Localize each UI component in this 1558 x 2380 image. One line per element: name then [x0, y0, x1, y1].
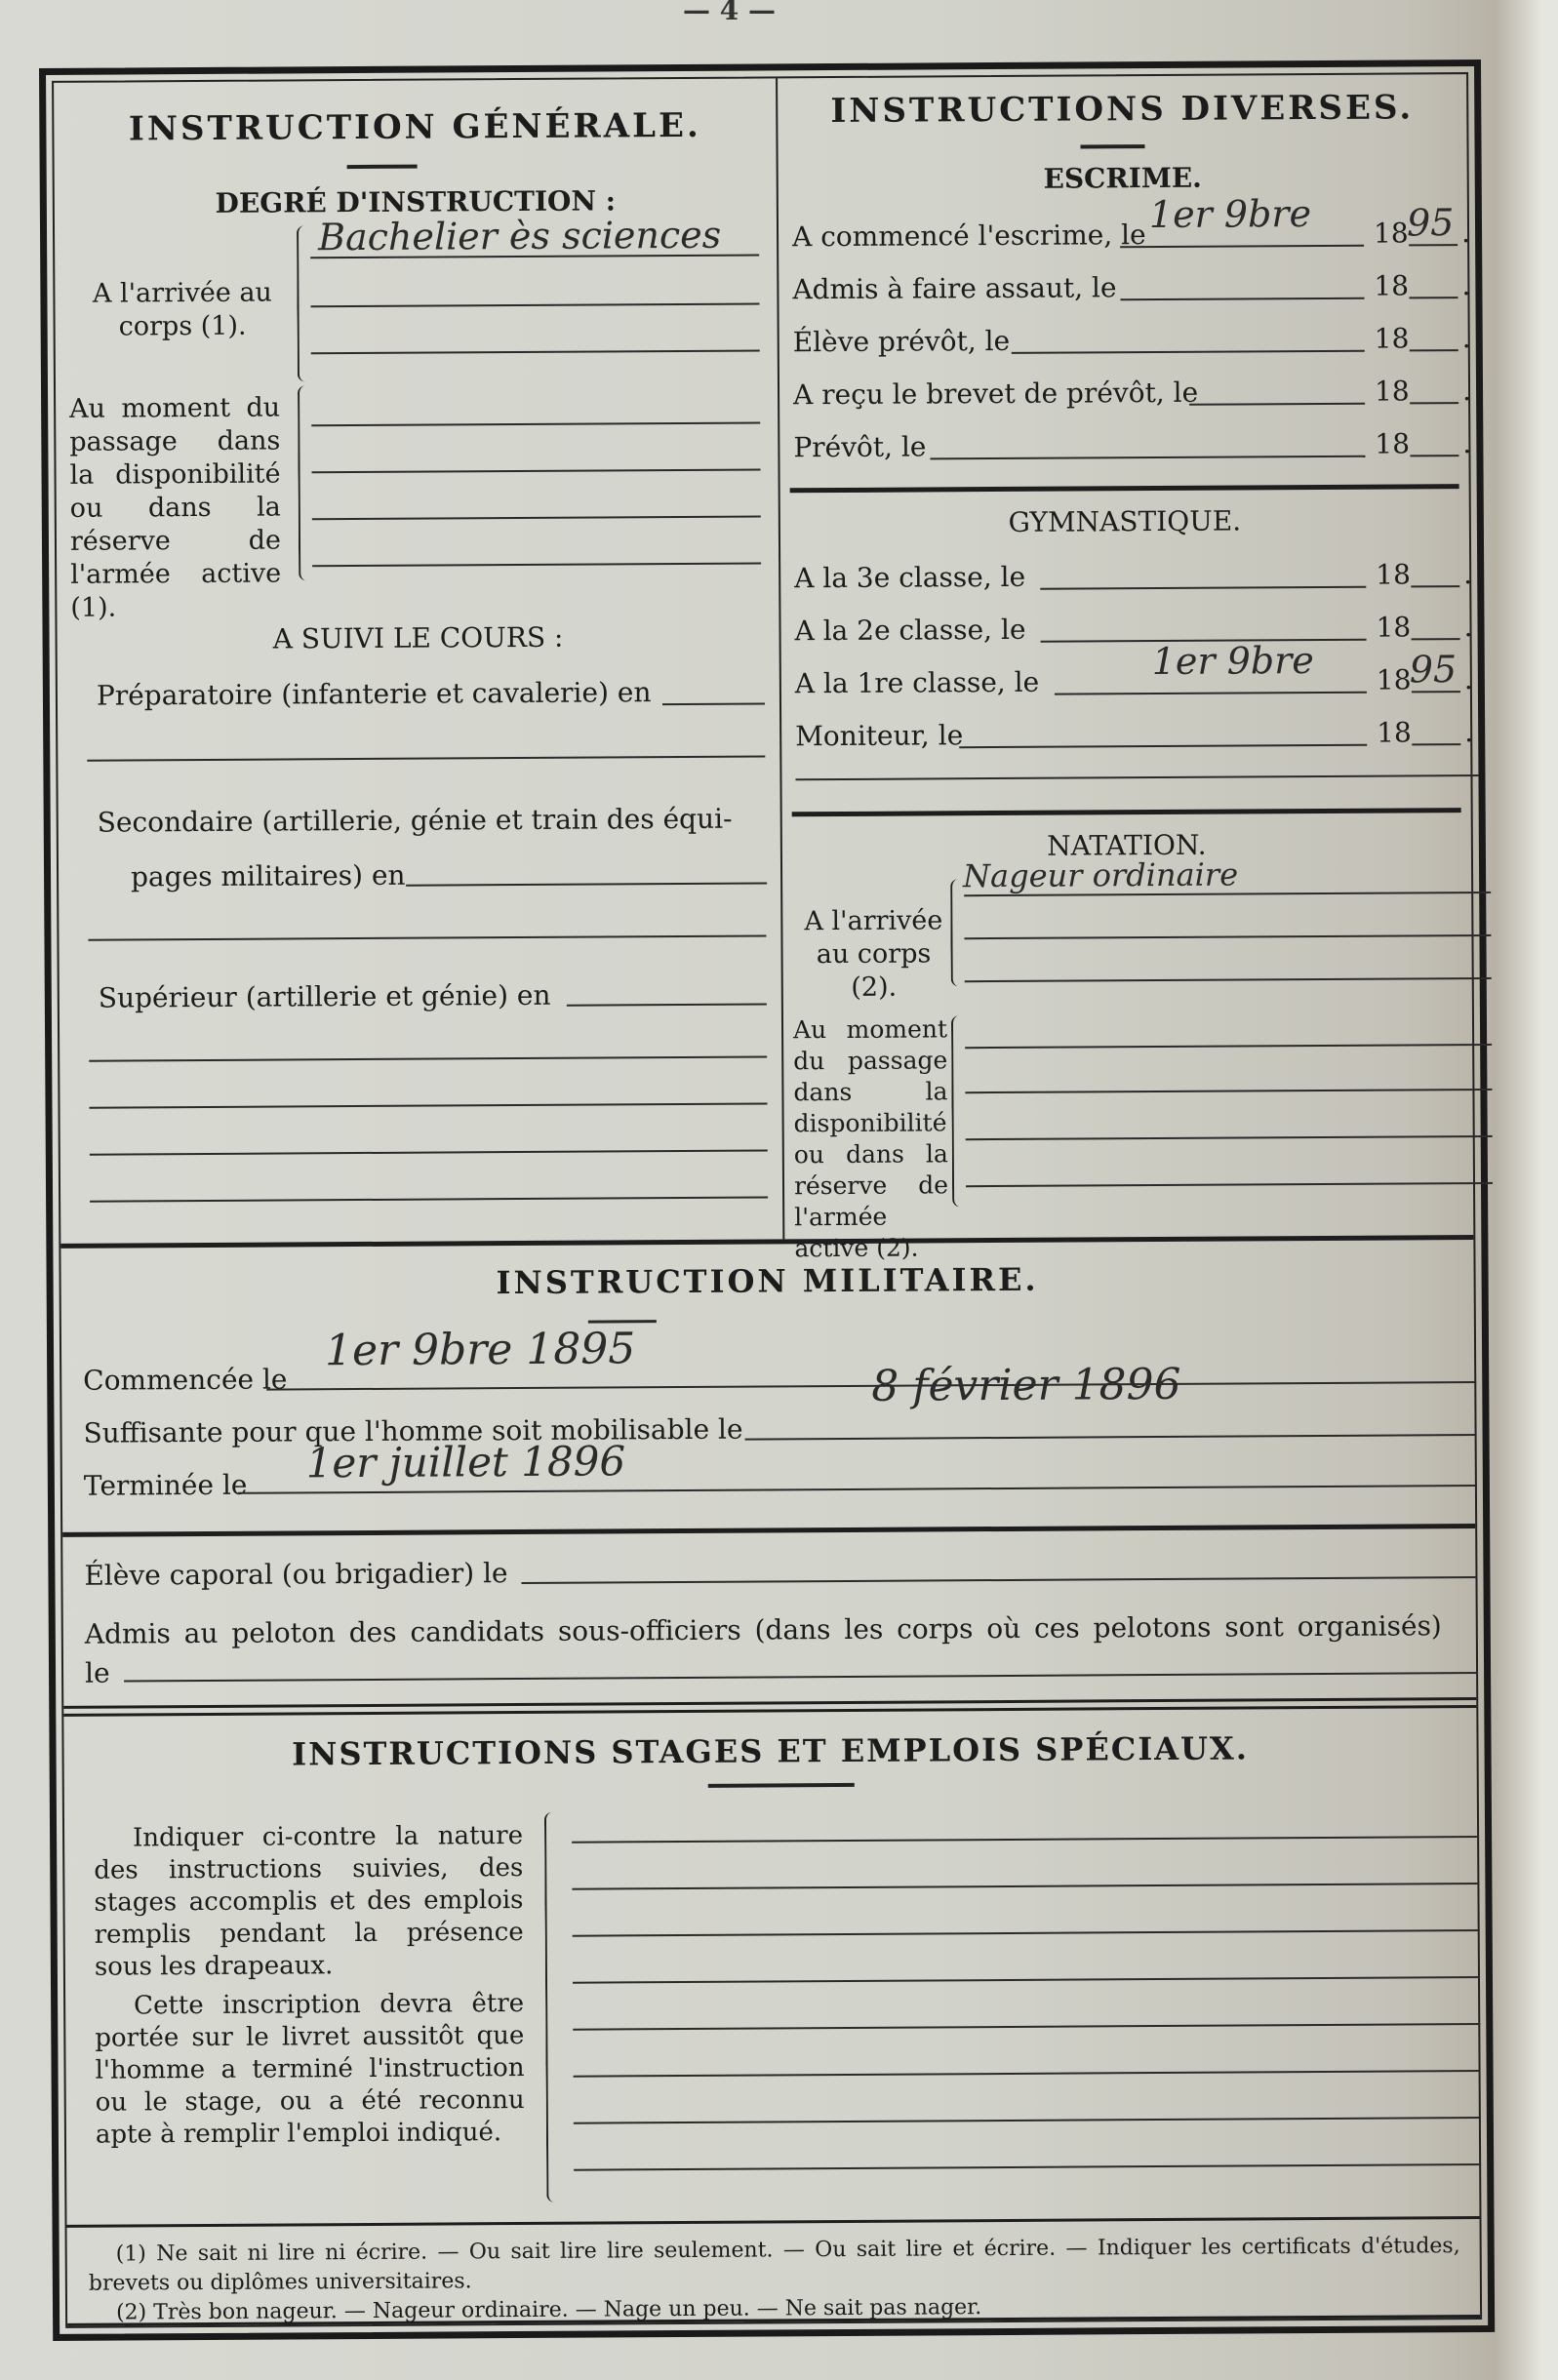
year-value[interactable]: 95 [1407, 201, 1455, 244]
general-extra-line-3[interactable] [90, 1149, 768, 1155]
stages-instruction-1: Indiquer ci-contre la nature des instruc… [94, 1820, 524, 1984]
natation-passage-line-3[interactable] [966, 1135, 1493, 1140]
arrival-line-2[interactable] [310, 302, 759, 307]
escrime-heading: ESCRIME. [779, 160, 1467, 196]
year-prefix: 18 [1374, 217, 1409, 249]
year-prefix: 18 [1377, 716, 1412, 748]
stages-entry-line[interactable] [572, 1836, 1479, 1844]
period: . [1462, 375, 1471, 407]
date-row-label: Élève prévôt, le [793, 325, 1011, 358]
gymnastique-heading: GYMNASTIQUE. [780, 503, 1469, 539]
natation-passage-line-1[interactable] [965, 1044, 1492, 1049]
peloton-line[interactable] [124, 1672, 1478, 1682]
date-row-label: Moniteur, le [795, 719, 963, 752]
date-row-label: Prévôt, le [793, 430, 926, 463]
page-number: — 4 — [683, 0, 776, 26]
form-inner-border: INSTRUCTION GÉNÉRALE. DEGRÉ D'INSTRUCTIO… [52, 72, 1482, 2328]
title-underline [347, 165, 418, 169]
natation-arrival-label: A l'arrivée au corps (2). [800, 904, 947, 1005]
date-row-line[interactable] [1012, 350, 1365, 354]
date-row-value[interactable]: 1er 9bre [1152, 639, 1314, 683]
brace-icon [298, 385, 310, 580]
secondaire-label-1: Secondaire (artillerie, génie et train d… [98, 803, 733, 839]
year-line[interactable] [1410, 455, 1458, 456]
year-prefix: 18 [1374, 269, 1409, 301]
date-row-line[interactable] [930, 456, 1365, 460]
year-line[interactable] [1409, 297, 1458, 298]
stages-entry-line[interactable] [574, 2163, 1481, 2171]
general-extra-line-2[interactable] [90, 1102, 768, 1108]
date-row-line[interactable] [1055, 692, 1367, 695]
year-line[interactable] [1412, 743, 1460, 745]
natation-passage-label: Au moment du passage dans la disponibili… [793, 1013, 949, 1264]
eleve-caporal-label: Élève caporal (ou brigadier) le [84, 1557, 507, 1592]
section-title: INSTRUCTION GÉNÉRALE. [54, 105, 776, 149]
stages-entry-line[interactable] [573, 1976, 1480, 1984]
general-extra-line-1[interactable] [89, 1055, 767, 1061]
date-row-label: Admis à faire assaut, le [792, 271, 1116, 305]
year-prefix: 18 [1375, 322, 1410, 354]
stages-entry-line[interactable] [574, 2117, 1481, 2124]
superieur-label: Supérieur (artillerie et génie) en [99, 979, 551, 1014]
brace-icon [951, 1015, 964, 1207]
stages-entry-line[interactable] [572, 1883, 1479, 1890]
suffisante-value[interactable]: 8 février 1896 [871, 1360, 1181, 1411]
period: . [1462, 427, 1471, 459]
militaire-top-line [588, 1320, 657, 1323]
year-line[interactable] [1409, 244, 1458, 246]
preparatoire-line-2[interactable] [87, 755, 765, 761]
period: . [1462, 322, 1471, 354]
preparatoire-line[interactable] [662, 702, 765, 705]
period: . [1464, 663, 1473, 695]
date-row-value[interactable]: 1er 9bre [1149, 192, 1311, 236]
natation-passage-line-2[interactable] [965, 1089, 1492, 1093]
stages-entry-line[interactable] [573, 2023, 1480, 2031]
date-row-label: A reçu le brevet de prévôt, le [793, 377, 1198, 412]
date-row-label: A la 2e classe, le [794, 614, 1025, 647]
date-row-label: A la 1re classe, le [795, 666, 1040, 700]
period: . [1461, 217, 1470, 249]
year-prefix: 18 [1375, 375, 1410, 407]
passage-line-1[interactable] [311, 421, 760, 426]
natation-arrival-line-3[interactable] [965, 977, 1492, 982]
stages-instruction-2: Cette inscription devra être portée sur … [95, 1988, 525, 2152]
passage-line-3[interactable] [312, 515, 761, 520]
brace-icon [950, 879, 963, 986]
period: . [1461, 269, 1470, 301]
section-divider [790, 484, 1459, 493]
date-row-line[interactable] [1120, 297, 1364, 301]
year-line[interactable] [1412, 638, 1460, 640]
title-underline [1080, 144, 1144, 148]
year-value[interactable]: 95 [1410, 648, 1458, 691]
date-row-line[interactable] [1040, 586, 1366, 590]
commencee-label: Commencée le [83, 1363, 287, 1396]
footnote-1: (1) Ne sait ni lire ni écrire. — Ou sait… [89, 2232, 1460, 2299]
date-row-line[interactable] [959, 744, 1367, 749]
secondaire-label-2: pages militaires) en [131, 859, 406, 893]
year-prefix: 18 [1376, 611, 1411, 643]
year-prefix: 18 [1376, 558, 1411, 590]
secondaire-line-2[interactable] [88, 934, 766, 940]
suffisante-line[interactable] [745, 1434, 1477, 1441]
year-prefix: 18 [1377, 663, 1412, 695]
escrime-rows: A commencé l'escrime, le 1er 9bre 18 95 … [778, 74, 1466, 78]
year-line[interactable] [1412, 691, 1460, 693]
brace-icon [544, 1812, 558, 2202]
section-instruction-militaire: INSTRUCTION MILITAIRE. Commencée le 1er … [60, 1241, 1475, 1532]
passage-line-4[interactable] [312, 562, 761, 567]
section-divider [792, 808, 1461, 816]
superieur-line[interactable] [567, 1003, 767, 1006]
form-frame: INSTRUCTION GÉNÉRALE. DEGRÉ D'INSTRUCTIO… [39, 59, 1495, 2341]
period: . [1464, 716, 1473, 748]
period: . [1463, 611, 1472, 643]
eleve-caporal-line[interactable] [521, 1576, 1477, 1584]
date-row-line[interactable] [1120, 245, 1364, 249]
stages-entry-line[interactable] [573, 1929, 1480, 1937]
general-extra-line-4[interactable] [90, 1196, 768, 1202]
brace-icon [297, 225, 309, 381]
arrival-value-1[interactable]: Bachelier ès sciences [318, 214, 721, 259]
section-instruction-generale: INSTRUCTION GÉNÉRALE. DEGRÉ D'INSTRUCTIO… [54, 78, 782, 1243]
stages-entry-line[interactable] [574, 2070, 1481, 2078]
year-prefix: 18 [1375, 427, 1410, 459]
secondaire-line[interactable] [406, 882, 767, 886]
section-title: INSTRUCTIONS DIVERSES. [778, 88, 1466, 131]
passage-line-2[interactable] [312, 468, 761, 473]
natation-passage-line-4[interactable] [966, 1182, 1493, 1187]
peloton-label: Admis au peloton des candidats sous-offi… [85, 1609, 1442, 1649]
arrival-line-3[interactable] [311, 349, 760, 354]
arrival-label: A l'arrivée au corps (1). [82, 276, 282, 343]
date-row-label: A commencé l'escrime, le [792, 218, 1146, 253]
section-stages: INSTRUCTIONS STAGES ET EMPLOIS SPÉCIAUX.… [63, 1709, 1479, 2225]
section-title: INSTRUCTION MILITAIRE. [61, 1258, 1474, 1304]
year-line[interactable] [1411, 585, 1459, 587]
terminee-label: Terminée le [84, 1469, 248, 1502]
year-line[interactable] [1410, 349, 1458, 351]
courses-heading: A SUIVI LE COURS : [57, 619, 779, 656]
passage-label: Au moment du passage dans la disponibili… [69, 391, 281, 624]
year-line[interactable] [1410, 402, 1458, 404]
period: . [1463, 558, 1472, 590]
section-title: INSTRUCTIONS STAGES ET EMPLOIS SPÉCIAUX. [63, 1728, 1476, 1774]
commencee-value[interactable]: 1er 9bre 1895 [325, 1324, 636, 1375]
natation-arrival-value-1[interactable]: Nageur ordinaire [963, 856, 1238, 895]
gymnastique-rows: A la 3e classe, le 18 .A la 2e classe, l… [778, 74, 1466, 78]
date-row-line[interactable] [1189, 403, 1365, 406]
date-row-label: A la 3e classe, le [794, 561, 1025, 594]
section-instructions-diverses: INSTRUCTIONS DIVERSES. ESCRIME. A commen… [778, 74, 1473, 1239]
title-underline [708, 1783, 855, 1788]
section-caporal: Élève caporal (ou brigadier) le Admis au… [62, 1529, 1476, 1704]
preparatoire-label: Préparatoire (infanterie et cavalerie) e… [97, 676, 652, 711]
terminee-value[interactable]: 1er juillet 1896 [306, 1437, 626, 1487]
natation-arrival-line-2[interactable] [964, 934, 1491, 939]
gymnastique-extra-line [795, 774, 1478, 780]
peloton-le-label: le [85, 1657, 110, 1689]
